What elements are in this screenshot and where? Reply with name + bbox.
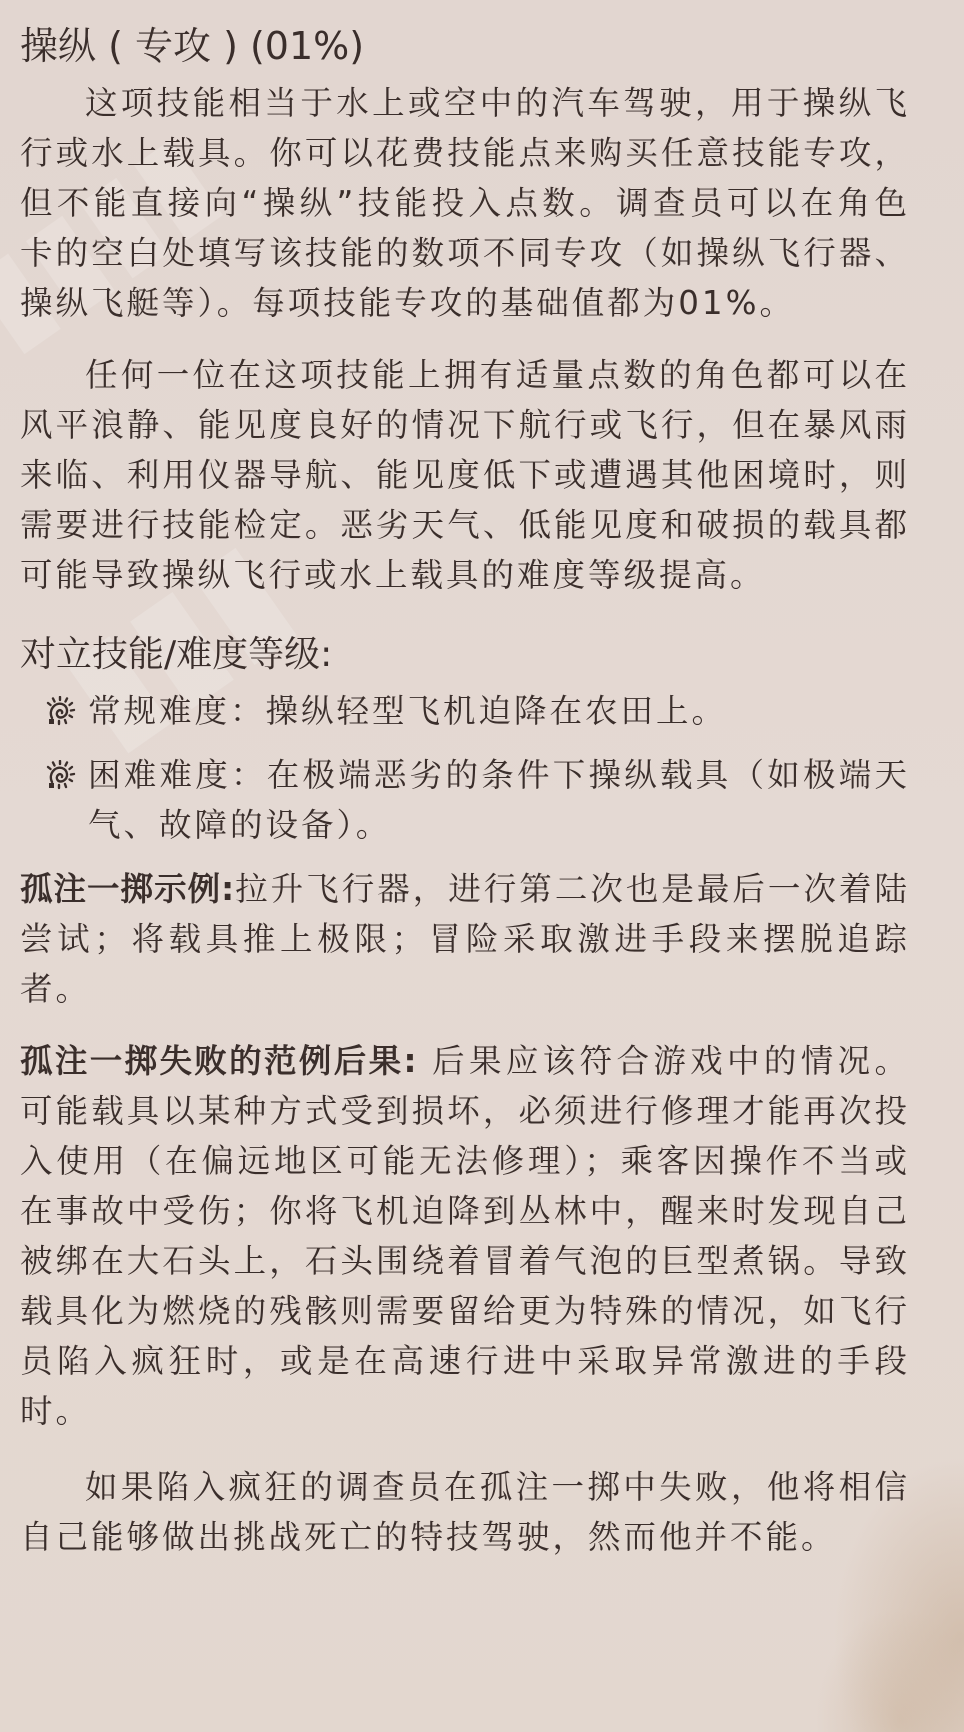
intro-paragraph: 这项技能相当于水上或空中的汽车驾驶，用于操纵飞行或水上载具。你可以花费技能点来购… bbox=[20, 78, 910, 328]
pushing-consequences-label: 孤注一掷失败的范例后果: bbox=[20, 1042, 417, 1080]
difficulty-heading: 对立技能/难度等级: bbox=[20, 630, 910, 680]
difficulty-item-text: 常规难度：操纵轻型飞机迫降在农田上。 bbox=[88, 686, 910, 736]
difficulty-item-regular: 常规难度：操纵轻型飞机迫降在农田上。 bbox=[20, 686, 910, 736]
skill-title: 操纵 ( 专攻 ) (01%) bbox=[20, 20, 910, 72]
spiral-sun-icon bbox=[36, 686, 84, 736]
pushing-examples: 孤注一掷示例:拉升飞行器，进行第二次也是最后一次着陆尝试；将载具推上极限；冒险采… bbox=[20, 864, 910, 1014]
insane-note-paragraph: 如果陷入疯狂的调查员在孤注一掷中失败，他将相信自己能够做出挑战死亡的特技驾驶，然… bbox=[20, 1462, 910, 1562]
pushing-examples-label: 孤注一掷示例: bbox=[20, 870, 235, 908]
difficulty-item-hard: 困难难度：在极端恶劣的条件下操纵载具（如极端天气、故障的设备）。 bbox=[20, 750, 910, 850]
skill-entry: 操纵 ( 专攻 ) (01%) 这项技能相当于水上或空中的汽车驾驶，用于操纵飞行… bbox=[20, 20, 910, 1562]
pushing-consequences-text: 后果应该符合游戏中的情况。可能载具以某种方式受到损坏，必须进行修理才能再次投入使… bbox=[20, 1042, 910, 1430]
pushing-consequences: 孤注一掷失败的范例后果: 后果应该符合游戏中的情况。可能载具以某种方式受到损坏，… bbox=[20, 1036, 910, 1436]
usage-paragraph: 任何一位在这项技能上拥有适量点数的角色都可以在风平浪静、能见度良好的情况下航行或… bbox=[20, 350, 910, 600]
difficulty-item-text: 困难难度：在极端恶劣的条件下操纵载具（如极端天气、故障的设备）。 bbox=[88, 750, 910, 850]
spiral-sun-icon bbox=[36, 750, 84, 800]
